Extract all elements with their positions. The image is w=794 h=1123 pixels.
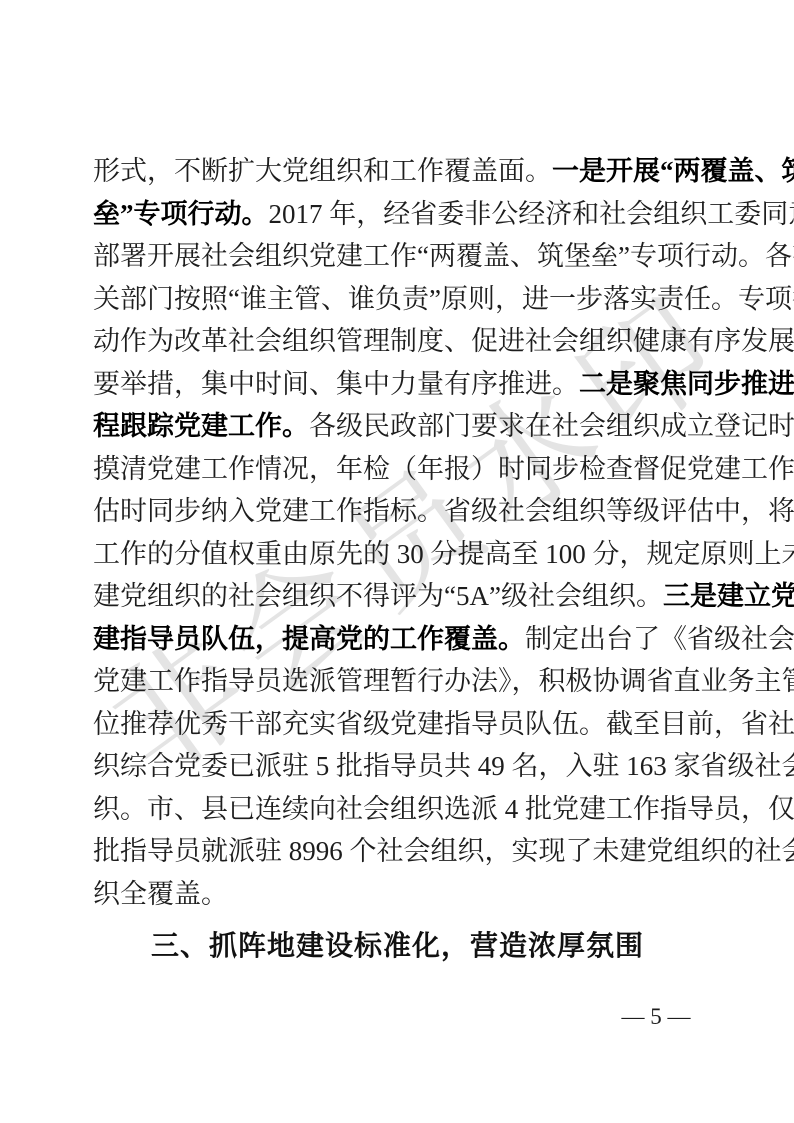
bold-text-segment: 一是开展“两覆盖、筑堡 <box>552 156 794 186</box>
text-segment: 建党组织的社会组织不得评为“5A”级社会组织。 <box>93 581 663 611</box>
bold-text-segment: 程跟踪党建工作。 <box>93 411 309 441</box>
bold-text-segment: 三是建立党 <box>663 581 794 611</box>
text-line: 要举措，集中时间、集中力量有序推进。二是聚焦同步推进，全 <box>93 363 703 406</box>
body-text-block: 形式，不断扩大党组织和工作覆盖面。一是开展“两覆盖、筑堡垒”专项行动。2017 … <box>93 150 703 968</box>
bold-text-segment: 二是聚焦同步推进，全 <box>579 369 794 399</box>
text-line: 动作为改革社会组织管理制度、促进社会组织健康有序发展的重 <box>93 320 703 363</box>
text-line: 建党组织的社会组织不得评为“5A”级社会组织。三是建立党 <box>93 575 703 618</box>
text-segment: 批指导员就派驻 8996 个社会组织，实现了未建党组织的社会组 <box>93 836 794 866</box>
text-line: 程跟踪党建工作。各级民政部门要求在社会组织成立登记时同步 <box>93 405 703 448</box>
text-segment: 形式，不断扩大党组织和工作覆盖面。 <box>93 156 552 186</box>
text-segment: 位推荐优秀干部充实省级党建指导员队伍。截至目前，省社会组 <box>93 709 794 739</box>
text-segment: 要举措，集中时间、集中力量有序推进。 <box>93 369 579 399</box>
text-segment: 2017 年，经省委非公经济和社会组织工委同意， <box>269 199 794 229</box>
text-segment: 关部门按照“谁主管、谁负责”原则，进一步落实责任。专项行 <box>93 284 794 314</box>
bold-text-segment: 垒”专项行动。 <box>93 199 269 229</box>
paragraph-lines: 形式，不断扩大党组织和工作覆盖面。一是开展“两覆盖、筑堡垒”专项行动。2017 … <box>93 150 703 915</box>
text-line: 织综合党委已派驻 5 批指导员共 49 名，入驻 163 家省级社会组 <box>93 745 703 788</box>
text-segment: 织全覆盖。 <box>93 879 228 909</box>
text-segment: 织。市、县已连续向社会组织选派 4 批党建工作指导员，仅第四 <box>93 794 794 824</box>
text-segment: 各级民政部门要求在社会组织成立登记时同步 <box>309 411 794 441</box>
text-segment: 党建工作指导员选派管理暂行办法》，积极协调省直业务主管单 <box>93 666 794 696</box>
text-line: 位推荐优秀干部充实省级党建指导员队伍。截至目前，省社会组 <box>93 703 703 746</box>
text-line: 摸清党建工作情况，年检（年报）时同步检查督促党建工作，评 <box>93 448 703 491</box>
text-line: 估时同步纳入党建工作指标。省级社会组织等级评估中，将党建 <box>93 490 703 533</box>
text-line: 建指导员队伍，提高党的工作覆盖。制定出台了《省级社会组织 <box>93 618 703 661</box>
text-line: 织。市、县已连续向社会组织选派 4 批党建工作指导员，仅第四 <box>93 788 703 831</box>
text-segment: 摸清党建工作情况，年检（年报）时同步检查督促党建工作，评 <box>93 454 794 484</box>
text-segment: 织综合党委已派驻 5 批指导员共 49 名，入驻 163 家省级社会组 <box>93 751 794 781</box>
text-line: 工作的分值权重由原先的 30 分提高至 100 分，规定原则上未组 <box>93 533 703 576</box>
text-segment: 动作为改革社会组织管理制度、促进社会组织健康有序发展的重 <box>93 326 794 356</box>
text-line: 垒”专项行动。2017 年，经省委非公经济和社会组织工委同意， <box>93 193 703 236</box>
section-heading: 三、抓阵地建设标准化，营造浓厚氛围 <box>151 924 703 968</box>
text-line: 党建工作指导员选派管理暂行办法》，积极协调省直业务主管单 <box>93 660 703 703</box>
text-line: 形式，不断扩大党组织和工作覆盖面。一是开展“两覆盖、筑堡 <box>93 150 703 193</box>
text-line: 织全覆盖。 <box>93 873 703 916</box>
document-page: 非会员水印 形式，不断扩大党组织和工作覆盖面。一是开展“两覆盖、筑堡垒”专项行动… <box>0 0 794 1123</box>
text-segment: 估时同步纳入党建工作指标。省级社会组织等级评估中，将党建 <box>93 496 794 526</box>
text-segment: 部署开展社会组织党建工作“两覆盖、筑堡垒”专项行动。各有 <box>93 241 794 271</box>
text-segment: 工作的分值权重由原先的 30 分提高至 100 分，规定原则上未组 <box>93 539 794 569</box>
bold-text-segment: 建指导员队伍，提高党的工作覆盖。 <box>93 624 525 654</box>
text-line: 批指导员就派驻 8996 个社会组织，实现了未建党组织的社会组 <box>93 830 703 873</box>
text-line: 关部门按照“谁主管、谁负责”原则，进一步落实责任。专项行 <box>93 278 703 321</box>
text-segment: 制定出台了《省级社会组织 <box>525 624 794 654</box>
text-line: 部署开展社会组织党建工作“两覆盖、筑堡垒”专项行动。各有 <box>93 235 703 278</box>
page-number: — 5 — <box>596 1000 716 1034</box>
